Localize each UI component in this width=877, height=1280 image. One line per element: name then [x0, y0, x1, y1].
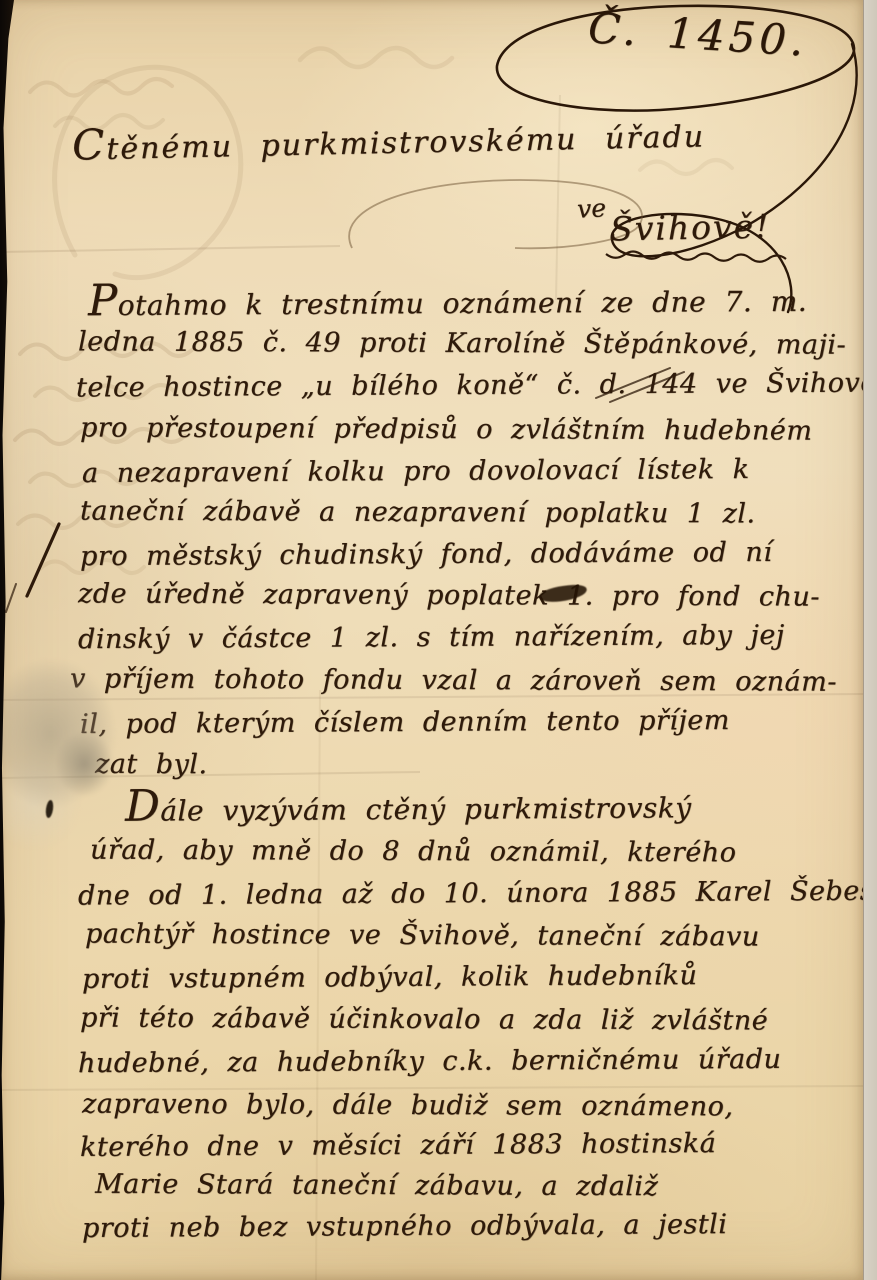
letter-line: pachtýř hostince ve Švihově, taneční záb… — [85, 919, 760, 953]
letter-line: Dále vyzývám ctěný purkmistrovský — [125, 788, 692, 827]
letter-line: telce hostince „u bílého koně“ č. d. 144… — [76, 368, 877, 404]
letter-line: proti neb bez vstupného odbývala, a jest… — [82, 1209, 728, 1244]
letter-line: dinský v částce 1 zl. s tím nařízením, a… — [78, 620, 785, 655]
letter-line: ledna 1885 č. 49 proti Karolíně Štěpánko… — [78, 326, 846, 360]
letter-line: kterého dne v měsíci září 1883 hostinská — [80, 1128, 716, 1163]
scan-edge-right — [863, 0, 877, 1280]
letter-line: v příjem tohoto fondu vzal a zároveň sem… — [70, 663, 837, 697]
letter-line: Marie Stará taneční zábavu, a zdaliž — [95, 1169, 658, 1202]
scanned-letter-page: Č. 1450. Ctěnému purkmistrovskému úřadu … — [0, 0, 877, 1280]
letter-line: dne od 1. ledna až do 10. února 1885 Kar… — [78, 875, 877, 911]
salutation-line-2: ve — [576, 193, 606, 223]
letter-line: pro městský chudinský fond, dodáváme od … — [80, 537, 772, 572]
letter-line: zde úředně zapravený poplatek 1. pro fon… — [78, 578, 820, 612]
letter-line: il, pod kterým číslem denním tento příje… — [80, 705, 730, 740]
letter-line: zapraveno bylo, dále budiž sem oznámeno, — [82, 1089, 734, 1123]
letter-line: hudebné, za hudebníky c.k. berničnému úř… — [78, 1044, 782, 1079]
letter-line: a nezapravení kolku pro dovolovací líste… — [82, 454, 750, 489]
letter-line: taneční zábavě a nezapravení poplatku 1 … — [80, 496, 756, 530]
letter-line: úřad, aby mně do 8 dnů oznámil, kterého — [90, 835, 737, 869]
letter-line: pro přestoupení předpisů o zvláštním hud… — [80, 412, 813, 446]
letter-line: proti vstupném odbýval, kolik hudebníků — [82, 960, 698, 995]
letter-line: Potahmo k trestnímu oznámení ze dne 7. m… — [88, 282, 807, 322]
letter-line: při této zábavě účinkovalo a zda liž zvl… — [80, 1002, 768, 1036]
salutation-line-3: Švihově! — [610, 207, 771, 249]
